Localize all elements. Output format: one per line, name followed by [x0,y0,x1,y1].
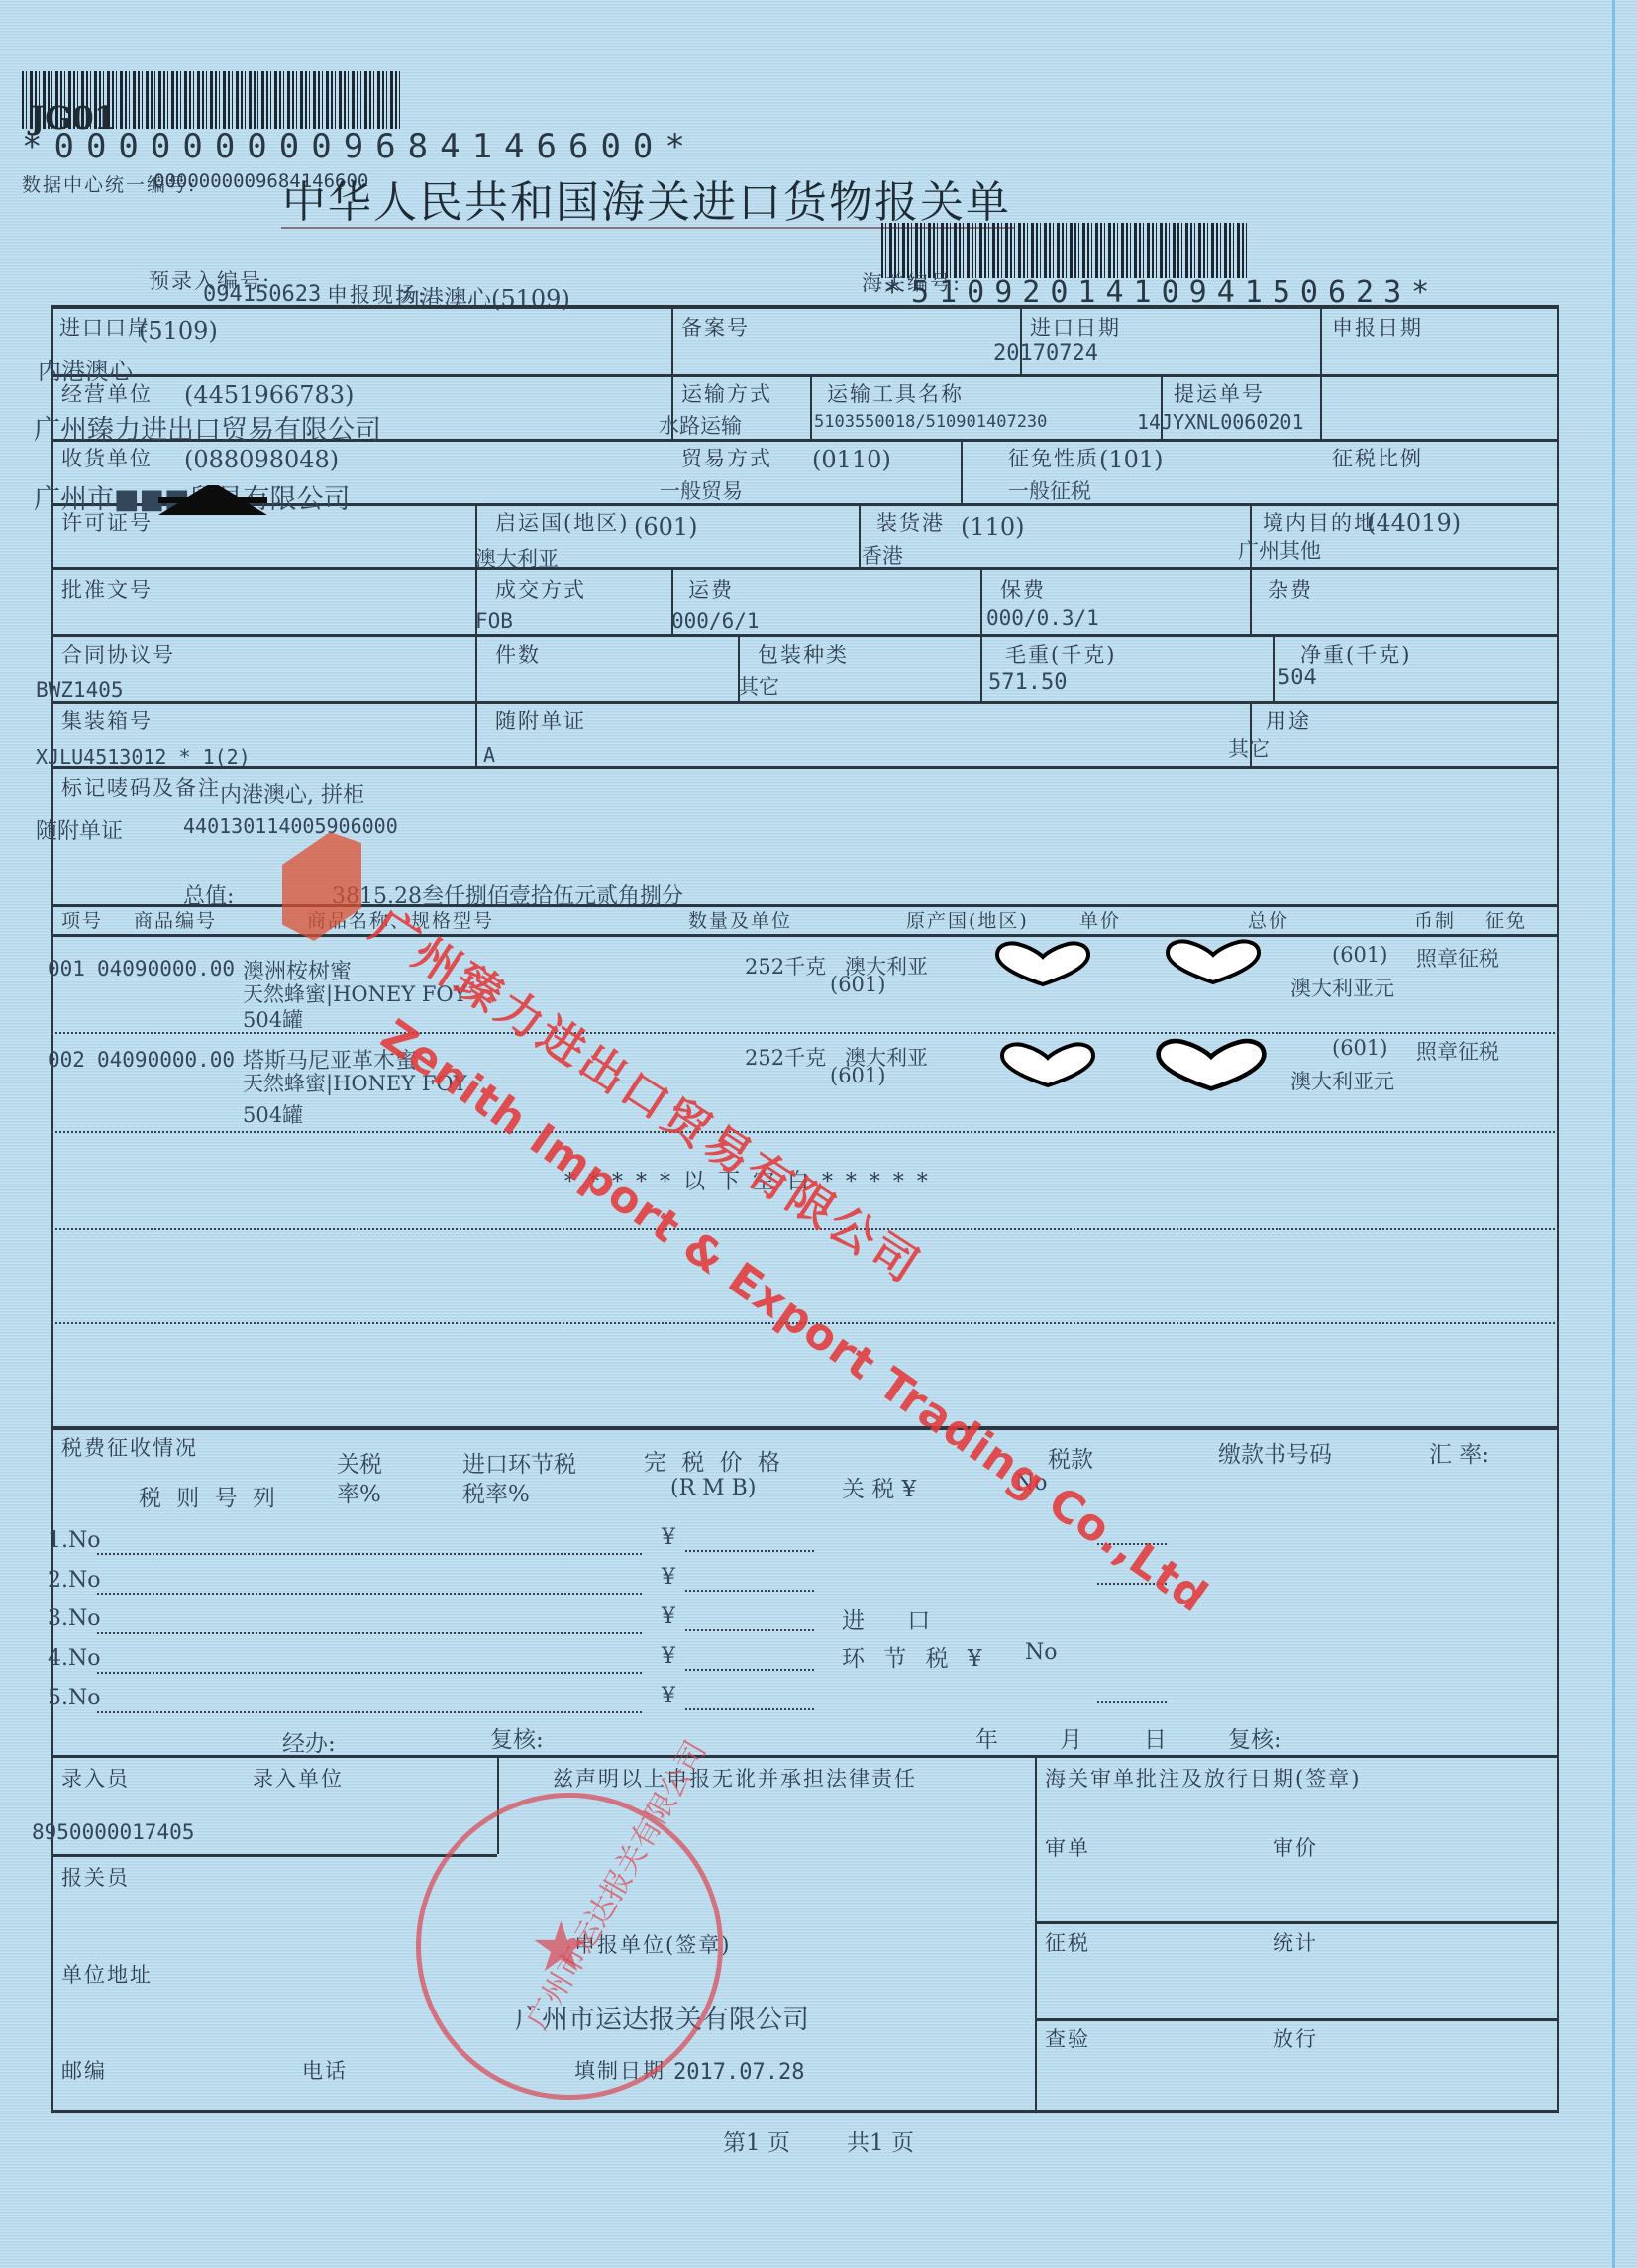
dotted-rule [685,1708,814,1710]
table-rule-horizontal [51,374,1559,377]
table-rule-horizontal [51,2110,1559,2113]
form-text: 504罐 [243,1004,303,1034]
vat-label: 环 节 税 ¥ [842,1640,988,1673]
dotted-rule [1097,1701,1167,1703]
dotted-rule [51,1131,1559,1133]
goods-header-no: 项号 [61,906,103,933]
form-text: (601) [1332,943,1387,967]
tax-section-label: 税费征收情况 [61,1432,198,1462]
reviewer2-label: 复核: [1228,1721,1281,1754]
form-text: 2.No [48,1568,101,1593]
import-label: 进 口 [842,1602,948,1635]
declaration-text: 兹声明以上申报无讹并承担法律责任 [553,1763,917,1793]
statistics-label: 统计 [1273,1927,1318,1957]
heart-shape [997,943,1088,984]
form-text: 澳大利亚元 [1290,973,1394,1002]
tax-col-rmb: (R M B) [670,1476,756,1500]
gross-weight-value: 571.50 [988,670,1067,695]
package-type-value: 其它 [738,671,779,701]
table-rule-horizontal [51,701,1559,704]
tax-col-dutiable: 完 税 价 格 [644,1444,784,1477]
form-text: 照章征税 [1416,943,1499,973]
year-label: 年 [975,1721,998,1754]
dotted-rule [685,1550,814,1552]
form-text: ¥ [662,1644,675,1669]
attached-docs-value: A [483,743,495,767]
origin-country-code: (601) [634,513,698,541]
goods-header-unit-price: 单价 [1079,906,1121,933]
tax-col-vat-rate: 税率% [462,1476,530,1508]
table-rule-vertical [1320,305,1322,439]
tax-col-exchange: 汇 率: [1429,1436,1489,1469]
form-text: 252千克 [745,1042,826,1072]
barcode-number: *0000000009684146600* [22,127,697,166]
page-total: 共1 页 [847,2124,914,2157]
form-text: 3.No [48,1606,101,1631]
form-text: (601) [830,1064,885,1087]
entry-clerk-number: 8950000017405 [32,1820,194,1844]
form-text: 1.No [48,1528,101,1553]
table-top-border [51,305,1559,309]
release-label: 放行 [1273,2023,1318,2053]
redaction-heart-icon [1152,1036,1271,1093]
form-text: (601) [830,973,885,996]
operating-unit-label: 经营单位 [61,378,153,408]
origin-country-value: 澳大利亚 [475,543,559,572]
entry-clerk-label: 录入员 [61,1763,130,1793]
watermark-en: Zenith Import & Export Trading Co.,Ltd [372,1010,1217,1623]
tax-col-vat: 进口环节税 [462,1446,576,1479]
form-text: ¥ [662,1565,675,1590]
gross-weight-label: 毛重(千克) [1005,639,1116,669]
reviewer-label: 复核: [490,1721,544,1754]
form-text: 04090000.00 [97,957,235,980]
form-text: 002 [48,1048,85,1072]
table-right-border [1557,305,1559,2110]
destination-value: 广州其他 [1238,535,1321,565]
goods-header-hs: 商品编号 [134,906,217,933]
origin-country-label: 启运国(地区) [495,507,629,537]
levy-nature-label: 征免性质 [1008,443,1099,472]
import-date-label: 进口日期 [1030,312,1121,342]
destination-code: (44019) [1367,509,1461,537]
usage-value: 其它 [1228,733,1270,763]
form-text: 252千克 [745,951,826,980]
table-rule-horizontal [51,1755,1559,1758]
dotted-rule [685,1590,814,1592]
goods-header-origin: 原产国(地区) [906,906,1029,933]
trade-mode-code: (0110) [812,446,891,473]
marks-label: 标记唛码及备注 [61,773,221,802]
freight-label: 运费 [688,574,734,604]
insurance-value: 000/0.3/1 [986,606,1099,630]
import-date-value: 20170724 [993,341,1098,365]
dotted-rule [97,1553,642,1555]
day-label: 日 [1144,1721,1167,1754]
net-weight-label: 净重(千克) [1300,639,1411,669]
table-rule-horizontal [51,766,1559,769]
table-rule-vertical [980,567,982,701]
contract-no-label: 合同协议号 [61,639,175,669]
declare-date-label: 申报日期 [1332,312,1423,342]
operating-unit-value: 广州臻力进出口贸易有限公司 [34,408,381,447]
goods-header-currency: 币制 [1414,906,1456,933]
form-text: 001 [48,957,85,980]
license-no-label: 许可证号 [61,507,153,537]
table-rule-horizontal [51,567,1559,570]
form-text: 4.No [48,1646,101,1671]
redaction-heart-icon [993,939,1092,988]
bill-of-lading-label: 提运单号 [1174,378,1265,408]
record-no-label: 备案号 [681,312,750,342]
table-rule-vertical [859,503,861,567]
bill-of-lading-value: JYXNL0060201 [1161,410,1304,434]
review-doc-label: 审单 [1045,1832,1090,1862]
transport-mode-label: 运输方式 [681,378,772,408]
heart-shape [1168,941,1259,982]
table-rule-horizontal [51,1426,1559,1430]
entry-unit-label: 录入单位 [253,1763,344,1793]
page-edge [1612,0,1615,2268]
freight-value: 000/6/1 [671,609,760,633]
import-port-label: 进口口岸 [59,312,151,342]
form-text: ¥ [662,1684,675,1708]
transaction-mode-value: FOB [475,609,513,633]
destination-label: 境内目的地 [1263,507,1377,537]
package-type-label: 包装种类 [758,639,849,669]
attached-cert-label: 随附单证 [36,814,123,845]
table-rule-vertical [1273,634,1275,701]
page-title: 中华人民共和国海关进口货物报关单 [282,166,1011,230]
import-port-code: (5109) [139,317,218,345]
loading-port-code: (110) [961,513,1025,541]
tax-ratio-label: 征税比例 [1332,443,1423,472]
tax-col-tariff: 税 则 号 列 [139,1480,279,1512]
insurance-label: 保费 [1000,574,1046,604]
dotted-rule [685,1669,814,1671]
table-rule-horizontal [1035,2018,1559,2021]
transport-mode-value: 水路运输 [659,410,742,440]
duty-label: 关 税 ¥ [842,1471,916,1503]
postcode-label: 邮编 [61,2055,107,2085]
usage-label: 用途 [1266,705,1311,735]
goods-header-total-price: 总价 [1248,906,1289,933]
consignee-label: 收货单位 [61,443,153,472]
goods-header-levy: 征免 [1485,906,1527,933]
broker-label: 报关员 [61,1862,130,1892]
packages-label: 件数 [495,639,541,669]
vat-no: No [1025,1640,1058,1665]
loading-port-label: 装货港 [876,507,945,537]
redaction-heart-icon [1159,937,1268,986]
page-current: 第1 页 [723,2124,790,2157]
tax-col-payment: 缴款书号码 [1218,1436,1332,1469]
form-text: 5.No [48,1686,101,1710]
table-rule-vertical [1035,1755,1037,2110]
vessel-name-label: 运输工具名称 [827,378,964,408]
trade-mode-label: 贸易方式 [681,443,772,472]
table-rule-horizontal [51,904,1559,907]
container-no-label: 集装箱号 [61,705,153,735]
form-text: ¥ [662,1604,675,1629]
dotted-rule [97,1593,642,1595]
form-text: 04090000.00 [97,1048,235,1072]
unit-address-label: 单位地址 [61,1959,153,1989]
form-text: ¥ [662,1525,675,1550]
heart-shape [1159,1041,1265,1088]
tax-col-duty-rate: 率% [337,1476,381,1508]
transaction-mode-label: 成交方式 [495,574,586,604]
form-text: (601) [1332,1036,1387,1060]
marks-value: 内港澳心, 拼柜 [220,778,364,809]
form-text: 澳大利亚元 [1290,1066,1394,1095]
month-label: 月 [1060,1721,1082,1754]
attached-cert-value: 440130114005906000 [183,814,398,838]
contract-no-value: BWZ1405 [36,678,124,702]
review-price-label: 审价 [1273,1832,1318,1862]
container-no-value: XJLU4513012 * 1(2) [36,745,251,769]
redaction-heart-icon [993,1040,1102,1089]
form-text: 504罐 [243,1099,303,1129]
dotted-rule [97,1672,642,1674]
levy-tax-label: 征税 [1045,1927,1090,1957]
levy-nature-code: (101) [1099,446,1164,473]
handler-label: 经办: [282,1725,336,1758]
vessel-name-suffix: 14 [1137,410,1161,434]
phone-label: 电话 [302,2055,348,2085]
table-rule-vertical [1250,503,1252,634]
heart-shape [1002,1044,1093,1085]
table-rule-horizontal [1035,1921,1559,1924]
trade-mode-value: 一般贸易 [660,475,743,505]
table-rule-horizontal [51,634,1559,637]
table-rule-horizontal [51,934,1559,937]
operating-unit-code: (4451966783) [184,381,354,409]
table-rule-horizontal [51,1854,497,1857]
table-rule-vertical [810,374,812,439]
customs-approval-label: 海关审单批注及放行日期(签章) [1045,1763,1361,1793]
consignee-code: (088098048) [184,446,339,473]
table-rule-vertical [961,439,963,503]
pre-entry-number: 094150623 [203,282,321,307]
dotted-rule [685,1629,814,1631]
inspection-label: 查验 [1045,2023,1090,2053]
dotted-rule [51,1032,1559,1034]
fill-date-value: 2017.07.28 [673,2060,804,2085]
goods-header-qty: 数量及单位 [688,906,792,933]
dotted-rule [97,1632,642,1634]
levy-nature-value: 一般征税 [1008,475,1091,505]
net-weight-value: 504 [1278,666,1317,690]
misc-fees-label: 杂费 [1268,574,1313,604]
tax-col-duty: 关税 [337,1446,382,1479]
form-text: 照章征税 [1416,1036,1499,1066]
approval-no-label: 批准文号 [61,574,153,604]
loading-port-value: 香港 [862,540,903,569]
attached-docs-label: 随附单证 [495,705,586,735]
dotted-rule [97,1711,642,1713]
vessel-name-value: 5103550018/510901407230 [814,412,1047,432]
